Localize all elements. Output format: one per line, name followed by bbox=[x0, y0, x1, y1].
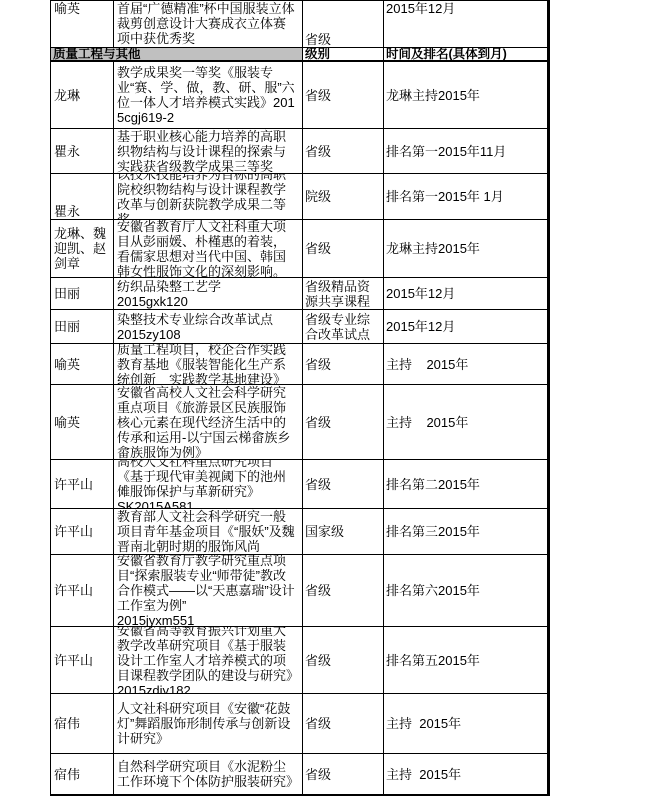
name-cell-text: 宿伟 bbox=[54, 767, 80, 782]
table-row: 田丽纺织品染整工艺学 2015gxk120省级精品资源共享课程2015年12月 bbox=[51, 278, 549, 310]
description-cell: 纺织品染整工艺学 2015gxk120 bbox=[114, 278, 303, 310]
level-cell-text: 省级 bbox=[305, 583, 331, 598]
level-cell-text: 省级专业综合改革试点 bbox=[305, 312, 381, 342]
table-row: 许平山安徽省教育厅教学研究重点项目“探索服装专业“师带徒”教改合作模式——以“天… bbox=[51, 555, 549, 627]
awards-table-body: 喻英首届“广德精准”杯中国服装立体裁剪创意设计大赛成衣立体赛项中获优秀奖省级20… bbox=[51, 1, 549, 796]
time-cell-text: 2015年12月 bbox=[386, 286, 455, 301]
description-cell-text: 安徽省教育厅人文社科重大项目从彭丽媛、朴槿惠的着装，看儒家思想对当代中国、韩国韩… bbox=[117, 220, 295, 277]
description-cell: 人文社科研究项目《安徽“花鼓灯”舞蹈服饰形制传承与创新设计研究》 bbox=[114, 694, 303, 754]
section-title-cell: 质量工程与其他 bbox=[51, 48, 303, 62]
time-cell-text: 排名第一2015年 1月 bbox=[386, 189, 504, 204]
description-cell: 教学成果奖一等奖《服装专业“赛、学、做，教、研、服”六位一体人才培养模式实践》2… bbox=[114, 61, 303, 129]
level-cell: 院级 bbox=[303, 174, 384, 220]
name-cell-text: 田丽 bbox=[54, 319, 80, 334]
table-row: 龙琳教学成果奖一等奖《服装专业“赛、学、做，教、研、服”六位一体人才培养模式实践… bbox=[51, 61, 549, 129]
time-cell-text: 主持 2015年 bbox=[386, 357, 468, 372]
table-row: 喻英质量工程项目，校企合作实践教育基地《服装智能化生产系统创新 实践教学基地建设… bbox=[51, 344, 549, 385]
table-row: 龙琳、魏迎凯、赵剑章安徽省教育厅人文社科重大项目从彭丽媛、朴槿惠的着装，看儒家思… bbox=[51, 220, 549, 278]
description-cell: 安徽省教育厅人文社科重大项目从彭丽媛、朴槿惠的着装，看儒家思想对当代中国、韩国韩… bbox=[114, 220, 303, 278]
level-cell-text: 院级 bbox=[305, 189, 331, 204]
description-cell: 教育部人文社会科学研究一般项目青年基金项目《“服妖”及魏晋南北朝时期的服饰风尚 bbox=[114, 509, 303, 555]
description-cell: 高校人文社科重点研究项目《基于现代审美视阈下的池州傩服饰保护与革新研究》 SK2… bbox=[114, 460, 303, 509]
table-row: 田丽染整技术专业综合改革试点 2015zy108省级专业综合改革试点2015年1… bbox=[51, 310, 549, 344]
name-cell: 龙琳 bbox=[51, 61, 114, 129]
name-cell: 龙琳、魏迎凯、赵剑章 bbox=[51, 220, 114, 278]
level-cell-text: 省级精品资源共享课程 bbox=[305, 279, 381, 309]
name-cell-text: 瞿永 bbox=[54, 204, 80, 219]
level-cell-text: 省级 bbox=[305, 241, 331, 256]
table-row: 宿伟人文社科研究项目《安徽“花鼓灯”舞蹈服饰形制传承与创新设计研究》省级主持 2… bbox=[51, 694, 549, 754]
name-cell-text: 龙琳、魏迎凯、赵剑章 bbox=[54, 226, 111, 271]
time-cell-text: 排名第二2015年 bbox=[386, 477, 480, 492]
description-cell-text: 安徽省高校人文社会科学研究重点项目《旅游景区民族服饰核心元素在现代经济生活中的传… bbox=[117, 385, 295, 459]
time-cell: 排名第五2015年 bbox=[384, 627, 549, 694]
level-cell: 省级 bbox=[303, 61, 384, 129]
time-cell: 主持 2015年 bbox=[384, 754, 549, 796]
name-cell: 瞿永 bbox=[51, 174, 114, 220]
level-cell-text: 省级 bbox=[305, 653, 331, 668]
level-cell: 省级 bbox=[303, 627, 384, 694]
name-cell: 瞿永 bbox=[51, 129, 114, 174]
awards-table: 喻英首届“广德精准”杯中国服装立体裁剪创意设计大赛成衣立体赛项中获优秀奖省级20… bbox=[50, 0, 550, 796]
table-row: 喻英安徽省高校人文社会科学研究重点项目《旅游景区民族服饰核心元素在现代经济生活中… bbox=[51, 385, 549, 460]
table-row: 瞿永以技术技能培养为目标的高职院校织物结构与设计课程教学改革与创新获院教学成果二… bbox=[51, 174, 549, 220]
table-row: 瞿永基于职业核心能力培养的高职织物结构与设计课程的探索与实践获省级教学成果三等奖… bbox=[51, 129, 549, 174]
description-cell-text: 质量工程项目，校企合作实践教育基地《服装智能化生产系统创新 实践教学基地建设》 bbox=[117, 344, 295, 384]
time-cell: 排名第一2015年11月 bbox=[384, 129, 549, 174]
name-cell-text: 喻英 bbox=[54, 415, 80, 430]
time-cell: 主持 2015年 bbox=[384, 694, 549, 754]
level-cell: 省级 bbox=[303, 555, 384, 627]
name-cell: 喻英 bbox=[51, 344, 114, 385]
description-cell: 安徽省高等教育振兴计划重大教学改革研究项目《基于服装设计工作室人才培养模式的项目… bbox=[114, 627, 303, 694]
time-cell: 排名第六2015年 bbox=[384, 555, 549, 627]
description-cell-text: 高校人文社科重点研究项目《基于现代审美视阈下的池州傩服饰保护与革新研究》 SK2… bbox=[117, 460, 295, 508]
level-cell: 省级 bbox=[303, 1, 384, 48]
time-cell-text: 排名第三2015年 bbox=[386, 524, 480, 539]
level-cell-text: 省级 bbox=[305, 144, 331, 159]
time-cell: 排名第三2015年 bbox=[384, 509, 549, 555]
name-cell-text: 喻英 bbox=[54, 357, 80, 372]
name-cell: 宿伟 bbox=[51, 754, 114, 796]
description-cell-text: 人文社科研究项目《安徽“花鼓灯”舞蹈服饰形制传承与创新设计研究》 bbox=[117, 701, 295, 746]
level-cell-text: 国家级 bbox=[305, 524, 344, 539]
name-cell-text: 龙琳 bbox=[54, 88, 80, 103]
level-cell: 省级 bbox=[303, 694, 384, 754]
name-cell: 许平山 bbox=[51, 460, 114, 509]
time-cell: 2015年12月 bbox=[384, 1, 549, 48]
level-cell: 省级 bbox=[303, 220, 384, 278]
level-cell-text: 省级 bbox=[305, 357, 331, 372]
level-cell-text: 省级 bbox=[305, 32, 331, 47]
time-header-cell: 时间及排名(具体到月) bbox=[384, 48, 549, 62]
time-cell-text: 排名第五2015年 bbox=[386, 653, 480, 668]
time-cell-text: 2015年12月 bbox=[386, 1, 455, 16]
table-row: 许平山安徽省高等教育振兴计划重大教学改革研究项目《基于服装设计工作室人才培养模式… bbox=[51, 627, 549, 694]
description-cell: 自然科学研究项目《水泥粉尘工作环境下个体防护服装研究》 bbox=[114, 754, 303, 796]
name-cell-text: 田丽 bbox=[54, 286, 80, 301]
level-cell: 省级 bbox=[303, 344, 384, 385]
description-cell: 以技术技能培养为目标的高职院校织物结构与设计课程教学改革与创新获院教学成果二等奖 bbox=[114, 174, 303, 220]
time-cell: 龙琳主持2015年 bbox=[384, 61, 549, 129]
time-cell-text: 排名第一2015年11月 bbox=[386, 144, 506, 159]
table-row: 宿伟自然科学研究项目《水泥粉尘工作环境下个体防护服装研究》省级主持 2015年 bbox=[51, 754, 549, 796]
section-title-cell-text: 质量工程与其他 bbox=[53, 48, 141, 60]
time-cell-text: 龙琳主持2015年 bbox=[386, 241, 480, 256]
name-cell-text: 宿伟 bbox=[54, 716, 80, 731]
name-cell-text: 许平山 bbox=[54, 583, 93, 598]
description-cell-text: 染整技术专业综合改革试点 2015zy108 bbox=[117, 312, 273, 342]
description-cell-text: 教学成果奖一等奖《服装专业“赛、学、做，教、研、服”六位一体人才培养模式实践》2… bbox=[117, 65, 295, 125]
name-cell-text: 瞿永 bbox=[54, 144, 80, 159]
level-header-cell: 级别 bbox=[303, 48, 384, 62]
time-cell: 2015年12月 bbox=[384, 278, 549, 310]
section-header-row: 质量工程与其他级别时间及排名(具体到月) bbox=[51, 48, 549, 62]
level-cell-text: 省级 bbox=[305, 88, 331, 103]
time-cell-text: 2015年12月 bbox=[386, 319, 455, 334]
level-cell: 省级 bbox=[303, 129, 384, 174]
level-cell: 省级专业综合改革试点 bbox=[303, 310, 384, 344]
time-cell: 龙琳主持2015年 bbox=[384, 220, 549, 278]
name-cell: 田丽 bbox=[51, 278, 114, 310]
description-cell: 染整技术专业综合改革试点 2015zy108 bbox=[114, 310, 303, 344]
description-cell-text: 基于职业核心能力培养的高职织物结构与设计课程的探索与实践获省级教学成果三等奖 bbox=[117, 129, 295, 173]
name-cell-text: 喻英 bbox=[54, 1, 80, 16]
document-page: 喻英首届“广德精准”杯中国服装立体裁剪创意设计大赛成衣立体赛项中获优秀奖省级20… bbox=[0, 0, 645, 796]
description-cell-text: 以技术技能培养为目标的高职院校织物结构与设计课程教学改革与创新获院教学成果二等奖 bbox=[117, 174, 295, 219]
time-cell-text: 主持 2015年 bbox=[386, 415, 468, 430]
table-row: 许平山高校人文社科重点研究项目《基于现代审美视阈下的池州傩服饰保护与革新研究》 … bbox=[51, 460, 549, 509]
level-cell: 省级精品资源共享课程 bbox=[303, 278, 384, 310]
table-row: 许平山教育部人文社会科学研究一般项目青年基金项目《“服妖”及魏晋南北朝时期的服饰… bbox=[51, 509, 549, 555]
name-cell: 许平山 bbox=[51, 627, 114, 694]
description-cell: 安徽省高校人文社会科学研究重点项目《旅游景区民族服饰核心元素在现代经济生活中的传… bbox=[114, 385, 303, 460]
level-cell: 国家级 bbox=[303, 509, 384, 555]
time-cell: 主持 2015年 bbox=[384, 385, 549, 460]
table-row: 喻英首届“广德精准”杯中国服装立体裁剪创意设计大赛成衣立体赛项中获优秀奖省级20… bbox=[51, 1, 549, 48]
level-cell: 省级 bbox=[303, 754, 384, 796]
description-cell-text: 纺织品染整工艺学 2015gxk120 bbox=[117, 279, 221, 309]
time-header-cell-text: 时间及排名(具体到月) bbox=[386, 48, 507, 60]
time-cell: 主持 2015年 bbox=[384, 344, 549, 385]
time-cell-text: 龙琳主持2015年 bbox=[386, 88, 480, 103]
description-cell-text: 首届“广德精准”杯中国服装立体裁剪创意设计大赛成衣立体赛项中获优秀奖 bbox=[117, 1, 295, 46]
level-cell-text: 省级 bbox=[305, 716, 331, 731]
description-cell: 首届“广德精准”杯中国服装立体裁剪创意设计大赛成衣立体赛项中获优秀奖 bbox=[114, 1, 303, 48]
level-cell: 省级 bbox=[303, 385, 384, 460]
time-cell-text: 主持 2015年 bbox=[386, 767, 461, 782]
level-header-cell-text: 级别 bbox=[305, 48, 330, 60]
name-cell-text: 许平山 bbox=[54, 477, 93, 492]
description-cell: 安徽省教育厅教学研究重点项目“探索服装专业“师带徒”教改合作模式——以“天惠嘉瑞… bbox=[114, 555, 303, 627]
name-cell: 许平山 bbox=[51, 509, 114, 555]
description-cell-text: 自然科学研究项目《水泥粉尘工作环境下个体防护服装研究》 bbox=[117, 759, 295, 789]
description-cell: 质量工程项目，校企合作实践教育基地《服装智能化生产系统创新 实践教学基地建设》 bbox=[114, 344, 303, 385]
name-cell-text: 许平山 bbox=[54, 524, 93, 539]
description-cell-text: 教育部人文社会科学研究一般项目青年基金项目《“服妖”及魏晋南北朝时期的服饰风尚 bbox=[117, 509, 295, 554]
level-cell-text: 省级 bbox=[305, 477, 331, 492]
name-cell: 田丽 bbox=[51, 310, 114, 344]
time-cell-text: 排名第六2015年 bbox=[386, 583, 480, 598]
name-cell: 许平山 bbox=[51, 555, 114, 627]
time-cell: 排名第二2015年 bbox=[384, 460, 549, 509]
time-cell-text: 主持 2015年 bbox=[386, 716, 461, 731]
name-cell: 喻英 bbox=[51, 385, 114, 460]
level-cell: 省级 bbox=[303, 460, 384, 509]
level-cell-text: 省级 bbox=[305, 767, 331, 782]
name-cell: 喻英 bbox=[51, 1, 114, 48]
description-cell-text: 安徽省高等教育振兴计划重大教学改革研究项目《基于服装设计工作室人才培养模式的项目… bbox=[117, 627, 295, 693]
description-cell: 基于职业核心能力培养的高职织物结构与设计课程的探索与实践获省级教学成果三等奖 bbox=[114, 129, 303, 174]
description-cell-text: 安徽省教育厅教学研究重点项目“探索服装专业“师带徒”教改合作模式——以“天惠嘉瑞… bbox=[117, 555, 295, 626]
name-cell: 宿伟 bbox=[51, 694, 114, 754]
level-cell-text: 省级 bbox=[305, 415, 331, 430]
time-cell: 排名第一2015年 1月 bbox=[384, 174, 549, 220]
name-cell-text: 许平山 bbox=[54, 653, 93, 668]
time-cell: 2015年12月 bbox=[384, 310, 549, 344]
